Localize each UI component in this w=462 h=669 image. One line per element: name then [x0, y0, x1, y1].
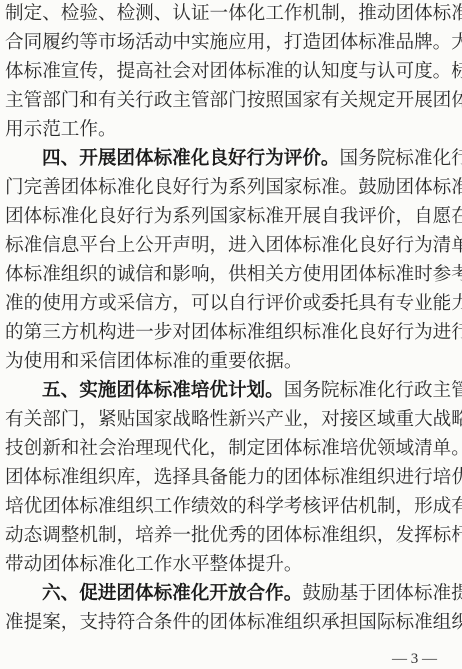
paragraph-line: 主管部门和有关行政主管部门按照国家有关规定开展团体标准应 [5, 89, 457, 113]
document-page: 制定、检验、检测、认证一体化工作机制，推动团体标准在招投标、 合同履约等市场活动… [0, 0, 462, 669]
section-4-heading: 四、开展团体标准化良好行为评价。 [42, 148, 340, 169]
paragraph-line: 的第三方机构进一步对团体标准组织标准化良好行为进行评价，作 [5, 321, 457, 345]
paragraph-line: 有关部门，紧贴国家战略性新兴产业，对接区域重大战略，聚焦科 [5, 408, 457, 432]
paragraph-line: 门完善团体标准化良好行为系列国家标准。鼓励团体标准组织根据 [5, 176, 457, 200]
page-number: — 3 — [392, 651, 437, 667]
paragraph-line: 动态调整机制，培养一批优秀的团体标准组织，发挥标杆示范作用， [5, 524, 457, 548]
paragraph-line: 为使用和采信团体标准的重要依据。 [5, 350, 457, 374]
section-5-first-line: 五、实施团体标准培优计划。国务院标准化行政主管部门会同 [42, 379, 457, 403]
paragraph-line: 标准信息平台上公开声明，进入团体标准化良好行为清单，提升团 [5, 234, 457, 258]
paragraph-line: 团体标准组织库，选择具备能力的团体标准组织进行培优。建立对 [5, 466, 457, 490]
paragraph-line: 体标准宣传，提高社会对团体标准的认知度与认可度。标准化行政 [5, 60, 457, 84]
section-6-first-line: 六、促进团体标准化开放合作。鼓励基于团体标准提出国际标 [42, 582, 457, 606]
paragraph-line: 技创新和社会治理现代化，制定团体标准培优领域清单。建立培优 [5, 437, 457, 461]
section-4-first-line: 四、开展团体标准化良好行为评价。国务院标准化行政主管部 [42, 147, 457, 171]
paragraph-line: 制定、检验、检测、认证一体化工作机制，推动团体标准在招投标、 [5, 2, 457, 26]
paragraph-line: 用示范工作。 [5, 118, 457, 142]
section-5-heading: 五、实施团体标准培优计划。 [42, 380, 284, 401]
paragraph-line: 体标准组织的诚信和影响，供相关方使用团体标准时参考。团体标 [5, 263, 457, 287]
paragraph-line: 团体标准化良好行为系列国家标准开展自我评价，自愿在全国团体 [5, 205, 457, 229]
paragraph-line: 准提案，支持符合条件的团体标准组织承担国际标准组织的国内技 [5, 611, 457, 635]
paragraph-line: 培优团体标准组织工作绩效的科学考核评估机制，形成有进有出的 [5, 495, 457, 519]
paragraph-line: 合同履约等市场活动中实施应用，打造团体标准品牌。大力开展团 [5, 31, 457, 55]
paragraph-line: 准的使用方或采信方，可以自行评价或委托具有专业能力和权威性 [5, 292, 457, 316]
paragraph-line: 带动团体标准化工作水平整体提升。 [5, 553, 457, 577]
section-6-heading: 六、促进团体标准化开放合作。 [42, 583, 302, 604]
